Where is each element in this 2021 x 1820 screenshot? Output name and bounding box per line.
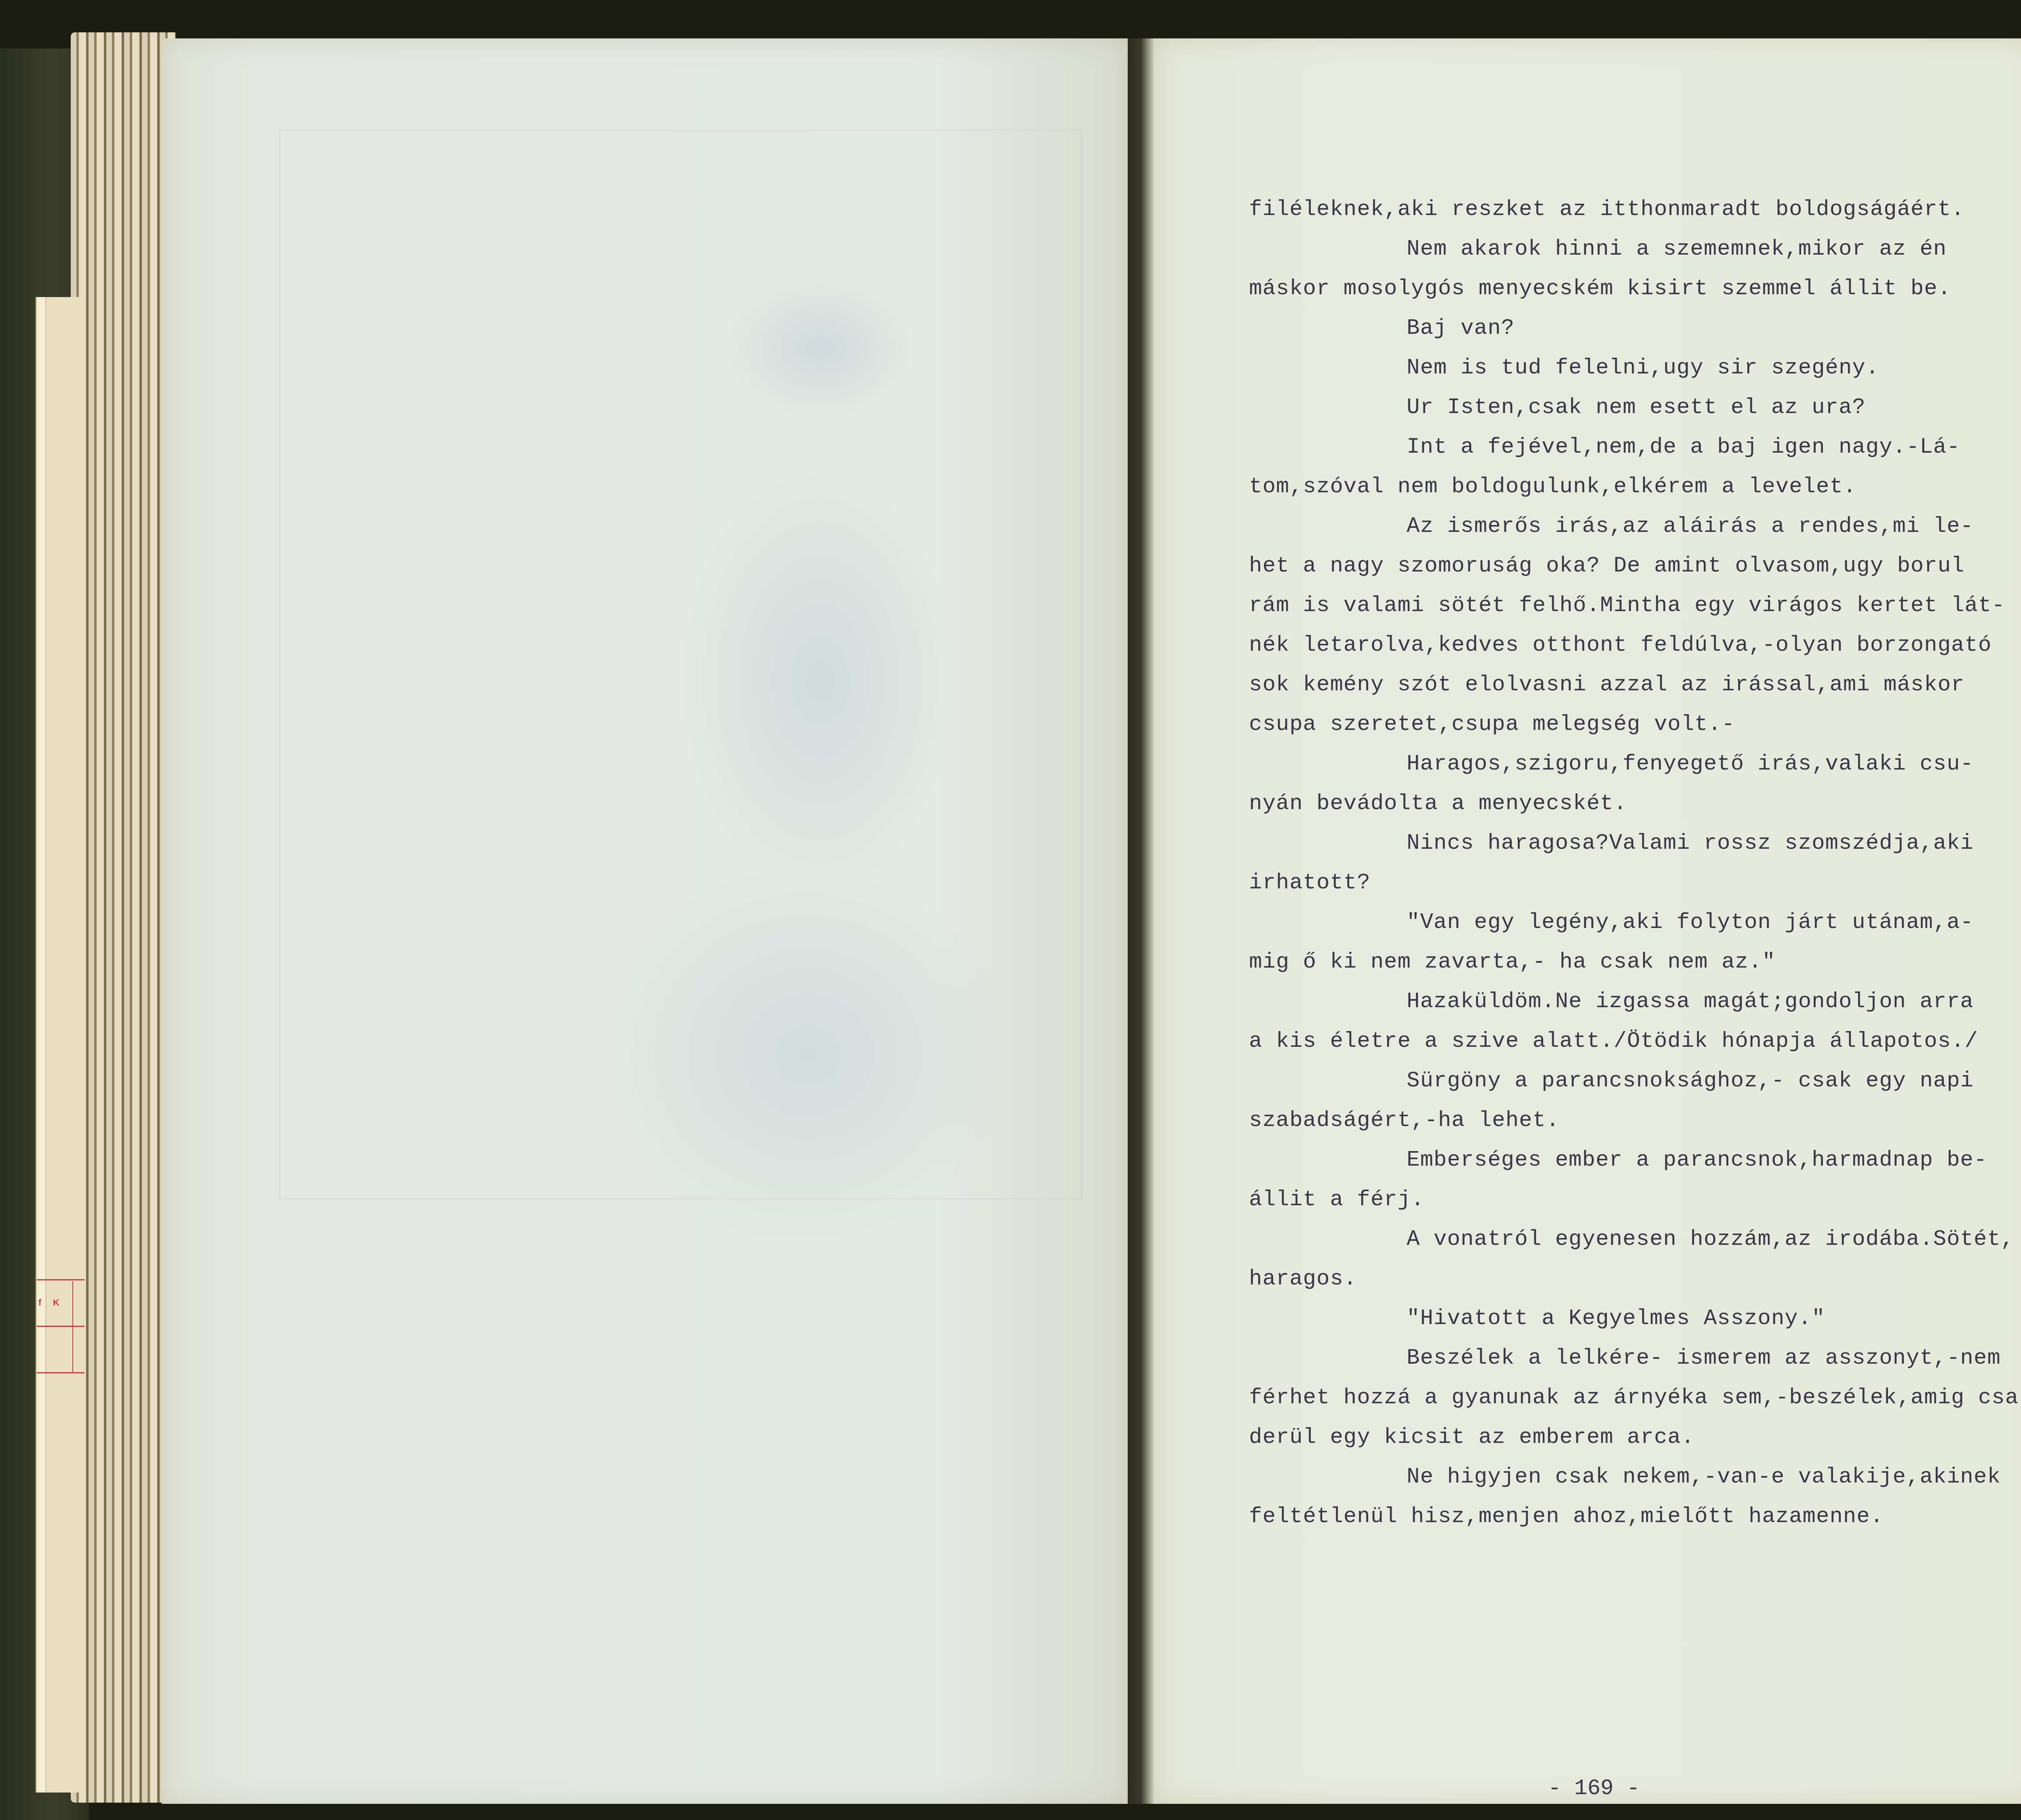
text-line: Haragos,szigoru,fenyegető irás,valaki cs…	[1249, 744, 1960, 784]
text-line: állit a férj.	[1249, 1180, 1960, 1220]
text-line: Az ismerős irás,az aláirás a rendes,mi l…	[1249, 507, 1960, 546]
text-line: mig ő ki nem zavarta,- ha csak nem az."	[1249, 943, 1960, 982]
text-line: Nem is tud felelni,ugy sir szegény.	[1249, 348, 1960, 388]
typewritten-text-block: filéleknek,aki reszket az itthonmaradt b…	[1249, 190, 1960, 1537]
text-line: Ne higyjen csak nekem,-van-e valakije,ak…	[1249, 1457, 1960, 1497]
text-line: Nem akarok hinni a szememnek,mikor az én	[1249, 230, 1960, 269]
text-line: sok kemény szót elolvasni azzal az iráss…	[1249, 665, 1960, 705]
text-line: A vonatról egyenesen hozzám,az irodába.S…	[1249, 1220, 1960, 1259]
text-line: Int a fejével,nem,de a baj igen nagy.-Lá…	[1249, 428, 1960, 467]
text-line: nyán bevádolta a menyecskét.	[1249, 784, 1960, 824]
text-line: férhet hozzá a gyanunak az árnyéka sem,-…	[1249, 1378, 1960, 1418]
left-page-stack-edges	[71, 32, 176, 1803]
text-line: nék letarolva,kedves otthont feldúlva,-o…	[1249, 626, 1960, 665]
text-line: het a nagy szomoruság oka? De amint olva…	[1249, 546, 1960, 586]
text-line: Beszélek a lelkére- ismerem az asszonyt,…	[1249, 1339, 1960, 1378]
ruler-red-divider	[72, 1281, 73, 1372]
text-line: csupa szeretet,csupa melegség volt.-	[1249, 705, 1960, 744]
ruler-label-k: K	[53, 1297, 59, 1308]
ruler-red-line	[37, 1279, 84, 1280]
text-line: Ur Isten,csak nem esett el az ura?	[1249, 388, 1960, 428]
text-line: máskor mosolygós menyecském kisirt szemm…	[1249, 269, 1960, 309]
ruler-label-f: f	[38, 1297, 41, 1308]
page-number: - 169 -	[1548, 1776, 1640, 1801]
text-line: "Hivatott a Kegyelmes Asszony."	[1249, 1299, 1960, 1339]
text-line: irhatott?	[1249, 863, 1960, 903]
ruler-red-line	[37, 1326, 84, 1327]
text-line: Sürgöny a parancsnoksághoz,- csak egy na…	[1249, 1061, 1960, 1101]
text-line: Baj van?	[1249, 309, 1960, 348]
text-line: haragos.	[1249, 1259, 1960, 1299]
book-gutter	[1128, 38, 1154, 1804]
ruler-red-line	[37, 1372, 84, 1373]
ruler-guide-line	[46, 297, 46, 1793]
scale-ruler-strip: f K	[36, 297, 84, 1793]
text-line: Nincs haragosa?Valami rossz szomszédja,a…	[1249, 824, 1960, 863]
text-line: tom,szóval nem boldogulunk,elkérem a lev…	[1249, 467, 1960, 507]
text-line: Emberséges ember a parancsnok,harmadnap …	[1249, 1141, 1960, 1180]
text-line: Hazaküldöm.Ne izgassa magát;gondoljon ar…	[1249, 982, 1960, 1022]
text-line: szabadságért,-ha lehet.	[1249, 1101, 1960, 1141]
text-line: rám is valami sötét felhő.Mintha egy vir…	[1249, 586, 1960, 626]
bleed-through-illustration	[517, 226, 1124, 1237]
text-line: feltétlenül hisz,menjen ahoz,mielőtt haz…	[1249, 1497, 1960, 1537]
text-line: "Van egy legény,aki folyton járt utánam,…	[1249, 903, 1960, 943]
text-line: derül egy kicsit az emberem arca.	[1249, 1418, 1960, 1457]
text-line: filéleknek,aki reszket az itthonmaradt b…	[1249, 190, 1960, 230]
text-line: a kis életre a szive alatt./Ötödik hónap…	[1249, 1022, 1960, 1061]
